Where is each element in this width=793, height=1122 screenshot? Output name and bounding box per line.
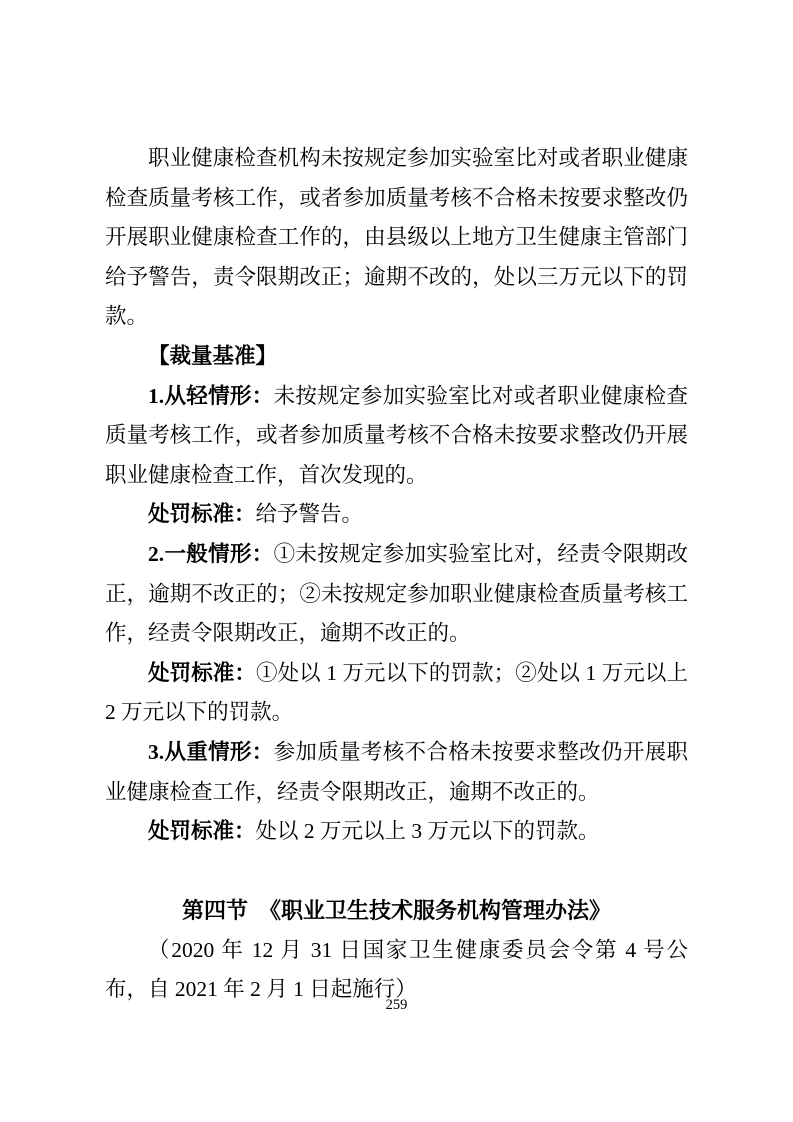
intro-paragraph: 职业健康检查机构未按规定参加实验室比对或者职业健康检查质量考核工作，或者参加质量… <box>105 139 688 337</box>
item-lead: 处罚标准： <box>148 502 256 526</box>
item-mitigating-circumstance: 1.从轻情形：未按规定参加实验室比对或者职业健康检查质量考核工作，或者参加质量考… <box>105 377 688 496</box>
section-heading: 第四节 《职业卫生技术服务机构管理办法》 <box>105 891 688 931</box>
discretion-basis-header: 【裁量基准】 <box>105 337 688 377</box>
item-lead: 处罚标准： <box>148 819 256 843</box>
document-page: 职业健康检查机构未按规定参加实验室比对或者职业健康检查质量考核工作，或者参加质量… <box>0 0 793 1122</box>
item-lead: 1.从轻情形： <box>148 384 274 408</box>
item-body: 处以 2 万元以上 3 万元以下的罚款。 <box>256 819 600 843</box>
item-lead: 3.从重情形： <box>148 740 274 764</box>
item-body: 给予警告。 <box>256 502 364 526</box>
item-penalty-standard-1: 处罚标准：给予警告。 <box>105 495 688 535</box>
item-lead: 2.一般情形： <box>148 542 274 566</box>
page-content: 职业健康检查机构未按规定参加实验室比对或者职业健康检查质量考核工作，或者参加质量… <box>105 139 688 1010</box>
item-lead: 处罚标准： <box>148 661 256 685</box>
item-aggravating-circumstance: 3.从重情形：参加质量考核不合格未按要求整改仍开展职业健康检查工作，经责令限期改… <box>105 733 688 812</box>
page-number: 259 <box>0 997 793 1014</box>
item-penalty-standard-3: 处罚标准：处以 2 万元以上 3 万元以下的罚款。 <box>105 812 688 852</box>
item-penalty-standard-2: 处罚标准：①处以 1 万元以下的罚款；②处以 1 万元以上 2 万元以下的罚款。 <box>105 654 688 733</box>
item-general-circumstance: 2.一般情形：①未按规定参加实验室比对，经责令限期改正，逾期不改正的；②未按规定… <box>105 535 688 654</box>
